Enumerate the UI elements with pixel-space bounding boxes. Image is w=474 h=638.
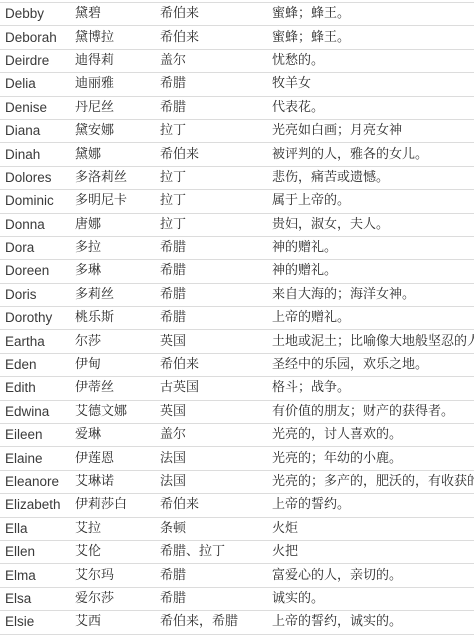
chinese-name-cell: 多琳	[70, 260, 155, 283]
meaning-cell: 有价值的朋友；财产的获得者。	[267, 400, 474, 423]
meaning-cell: 诚实的。	[267, 587, 474, 610]
meaning-cell: 光亮如白画；月亮女神	[267, 119, 474, 142]
chinese-name-cell: 艾尔玛	[70, 564, 155, 587]
table-row: Deborah黛博拉希伯来蜜蜂；蜂王。	[0, 26, 474, 49]
english-name-cell: Edith	[0, 377, 70, 400]
table-row: Eileen爱琳盖尔光亮的，讨人喜欢的。	[0, 424, 474, 447]
table-row: Eden伊甸希伯来圣经中的乐园，欢乐之地。	[0, 353, 474, 376]
origin-cell: 希腊	[155, 283, 267, 306]
english-name-cell: Diana	[0, 119, 70, 142]
chinese-name-cell: 黛娜	[70, 143, 155, 166]
english-name-cell: Elma	[0, 564, 70, 587]
english-name-cell: Eden	[0, 353, 70, 376]
chinese-name-cell: 艾西	[70, 611, 155, 634]
origin-cell: 希伯来	[155, 3, 267, 26]
chinese-name-cell: 艾德文娜	[70, 400, 155, 423]
meaning-cell: 代表花。	[267, 96, 474, 119]
table-row: Edwina艾德文娜英国有价值的朋友；财产的获得者。	[0, 400, 474, 423]
origin-cell: 条顿	[155, 517, 267, 540]
table-row: Elizabeth伊莉莎白希伯来上帝的誓约。	[0, 494, 474, 517]
table-row: Elsie艾西希伯来，希腊上帝的誓约，诚实的。	[0, 611, 474, 634]
english-name-cell: Doreen	[0, 260, 70, 283]
english-name-cell: Ella	[0, 517, 70, 540]
chinese-name-cell: 伊莉莎白	[70, 494, 155, 517]
origin-cell: 古英国	[155, 377, 267, 400]
chinese-name-cell: 黛安娜	[70, 119, 155, 142]
meaning-cell: 火把	[267, 540, 474, 563]
origin-cell: 英国	[155, 400, 267, 423]
origin-cell: 拉丁	[155, 213, 267, 236]
english-name-cell: Edwina	[0, 400, 70, 423]
meaning-cell: 土地或泥土；比喻像大地般坚忍的人。	[267, 330, 474, 353]
names-table: Debby黛碧希伯来蜜蜂；蜂王。Deborah黛博拉希伯来蜜蜂；蜂王。Deird…	[0, 2, 474, 635]
origin-cell: 拉丁	[155, 190, 267, 213]
table-row: Diana黛安娜拉丁光亮如白画；月亮女神	[0, 119, 474, 142]
english-name-cell: Elizabeth	[0, 494, 70, 517]
origin-cell: 希伯来，希腊	[155, 611, 267, 634]
meaning-cell: 上帝的赠礼。	[267, 307, 474, 330]
chinese-name-cell: 爱琳	[70, 424, 155, 447]
meaning-cell: 贵妇，淑女，夫人。	[267, 213, 474, 236]
meaning-cell: 富爱心的人，亲切的。	[267, 564, 474, 587]
english-name-cell: Ellen	[0, 540, 70, 563]
chinese-name-cell: 尔莎	[70, 330, 155, 353]
meaning-cell: 光亮的，讨人喜欢的。	[267, 424, 474, 447]
english-name-cell: Deborah	[0, 26, 70, 49]
origin-cell: 盖尔	[155, 49, 267, 72]
meaning-cell: 牧羊女	[267, 73, 474, 96]
english-name-cell: Elsie	[0, 611, 70, 634]
english-name-cell: Eleanore	[0, 470, 70, 493]
chinese-name-cell: 迪得莉	[70, 49, 155, 72]
chinese-name-cell: 多莉丝	[70, 283, 155, 306]
table-row: Dolores多洛莉丝拉丁悲伤，痛苦或遗憾。	[0, 166, 474, 189]
chinese-name-cell: 黛博拉	[70, 26, 155, 49]
chinese-name-cell: 伊甸	[70, 353, 155, 376]
origin-cell: 希腊	[155, 307, 267, 330]
origin-cell: 希伯来	[155, 26, 267, 49]
meaning-cell: 圣经中的乐园，欢乐之地。	[267, 353, 474, 376]
english-name-cell: Dolores	[0, 166, 70, 189]
table-row: Dinah黛娜希伯来被评判的人，雅各的女儿。	[0, 143, 474, 166]
english-name-cell: Dorothy	[0, 307, 70, 330]
table-row: Doris多莉丝希腊来自大海的；海洋女神。	[0, 283, 474, 306]
table-row: Dora多拉希腊神的赠礼。	[0, 236, 474, 259]
english-name-cell: Elsa	[0, 587, 70, 610]
table-row: Delia迪丽雅希腊牧羊女	[0, 73, 474, 96]
chinese-name-cell: 丹尼丝	[70, 96, 155, 119]
meaning-cell: 蜜蜂；蜂王。	[267, 26, 474, 49]
meaning-cell: 神的赠礼。	[267, 260, 474, 283]
origin-cell: 拉丁	[155, 166, 267, 189]
table-row: Donna唐娜拉丁贵妇，淑女，夫人。	[0, 213, 474, 236]
meaning-cell: 属于上帝的。	[267, 190, 474, 213]
english-name-cell: Deirdre	[0, 49, 70, 72]
table-row: Ellen艾伦希腊、拉丁火把	[0, 540, 474, 563]
chinese-name-cell: 艾琳诺	[70, 470, 155, 493]
origin-cell: 希伯来	[155, 143, 267, 166]
chinese-name-cell: 伊莲恩	[70, 447, 155, 470]
meaning-cell: 来自大海的；海洋女神。	[267, 283, 474, 306]
table-row: Doreen多琳希腊神的赠礼。	[0, 260, 474, 283]
english-name-cell: Denise	[0, 96, 70, 119]
table-row: Ella艾拉条顿火炬	[0, 517, 474, 540]
origin-cell: 希腊	[155, 73, 267, 96]
chinese-name-cell: 多洛莉丝	[70, 166, 155, 189]
table-row: Debby黛碧希伯来蜜蜂；蜂王。	[0, 3, 474, 26]
origin-cell: 希腊	[155, 236, 267, 259]
english-name-cell: Dominic	[0, 190, 70, 213]
chinese-name-cell: 伊蒂丝	[70, 377, 155, 400]
origin-cell: 拉丁	[155, 119, 267, 142]
table-row: Elaine伊莲恩法国光亮的；年幼的小鹿。	[0, 447, 474, 470]
meaning-cell: 格斗；战争。	[267, 377, 474, 400]
origin-cell: 希腊	[155, 260, 267, 283]
table-row: Elma艾尔玛希腊富爱心的人，亲切的。	[0, 564, 474, 587]
table-row: Denise丹尼丝希腊代表花。	[0, 96, 474, 119]
english-name-cell: Donna	[0, 213, 70, 236]
english-name-cell: Delia	[0, 73, 70, 96]
meaning-cell: 忧愁的。	[267, 49, 474, 72]
english-name-cell: Dinah	[0, 143, 70, 166]
table-body: Debby黛碧希伯来蜜蜂；蜂王。Deborah黛博拉希伯来蜜蜂；蜂王。Deird…	[0, 3, 474, 635]
origin-cell: 希腊、拉丁	[155, 540, 267, 563]
origin-cell: 法国	[155, 447, 267, 470]
table-row: Dominic多明尼卡拉丁属于上帝的。	[0, 190, 474, 213]
english-name-cell: Elaine	[0, 447, 70, 470]
table-row: Edith伊蒂丝古英国格斗；战争。	[0, 377, 474, 400]
meaning-cell: 悲伤，痛苦或遗憾。	[267, 166, 474, 189]
table-row: Eartha尔莎英国土地或泥土；比喻像大地般坚忍的人。	[0, 330, 474, 353]
table-row: Dorothy桃乐斯希腊上帝的赠礼。	[0, 307, 474, 330]
chinese-name-cell: 艾伦	[70, 540, 155, 563]
english-name-cell: Debby	[0, 3, 70, 26]
origin-cell: 希伯来	[155, 353, 267, 376]
meaning-cell: 蜜蜂；蜂王。	[267, 3, 474, 26]
english-name-cell: Eartha	[0, 330, 70, 353]
meaning-cell: 上帝的誓约，诚实的。	[267, 611, 474, 634]
origin-cell: 盖尔	[155, 424, 267, 447]
meaning-cell: 光亮的；多产的，肥沃的，有收获的。	[267, 470, 474, 493]
meaning-cell: 上帝的誓约。	[267, 494, 474, 517]
chinese-name-cell: 多拉	[70, 236, 155, 259]
origin-cell: 希腊	[155, 564, 267, 587]
origin-cell: 法国	[155, 470, 267, 493]
table-row: Elsa爱尔莎希腊诚实的。	[0, 587, 474, 610]
origin-cell: 英国	[155, 330, 267, 353]
table-row: Eleanore艾琳诺法国光亮的；多产的，肥沃的，有收获的。	[0, 470, 474, 493]
chinese-name-cell: 黛碧	[70, 3, 155, 26]
english-name-cell: Eileen	[0, 424, 70, 447]
meaning-cell: 神的赠礼。	[267, 236, 474, 259]
chinese-name-cell: 唐娜	[70, 213, 155, 236]
meaning-cell: 火炬	[267, 517, 474, 540]
english-name-cell: Doris	[0, 283, 70, 306]
chinese-name-cell: 桃乐斯	[70, 307, 155, 330]
chinese-name-cell: 爱尔莎	[70, 587, 155, 610]
chinese-name-cell: 迪丽雅	[70, 73, 155, 96]
meaning-cell: 被评判的人，雅各的女儿。	[267, 143, 474, 166]
origin-cell: 希腊	[155, 96, 267, 119]
chinese-name-cell: 艾拉	[70, 517, 155, 540]
origin-cell: 希腊	[155, 587, 267, 610]
origin-cell: 希伯来	[155, 494, 267, 517]
chinese-name-cell: 多明尼卡	[70, 190, 155, 213]
table-row: Deirdre迪得莉盖尔忧愁的。	[0, 49, 474, 72]
english-name-cell: Dora	[0, 236, 70, 259]
meaning-cell: 光亮的；年幼的小鹿。	[267, 447, 474, 470]
